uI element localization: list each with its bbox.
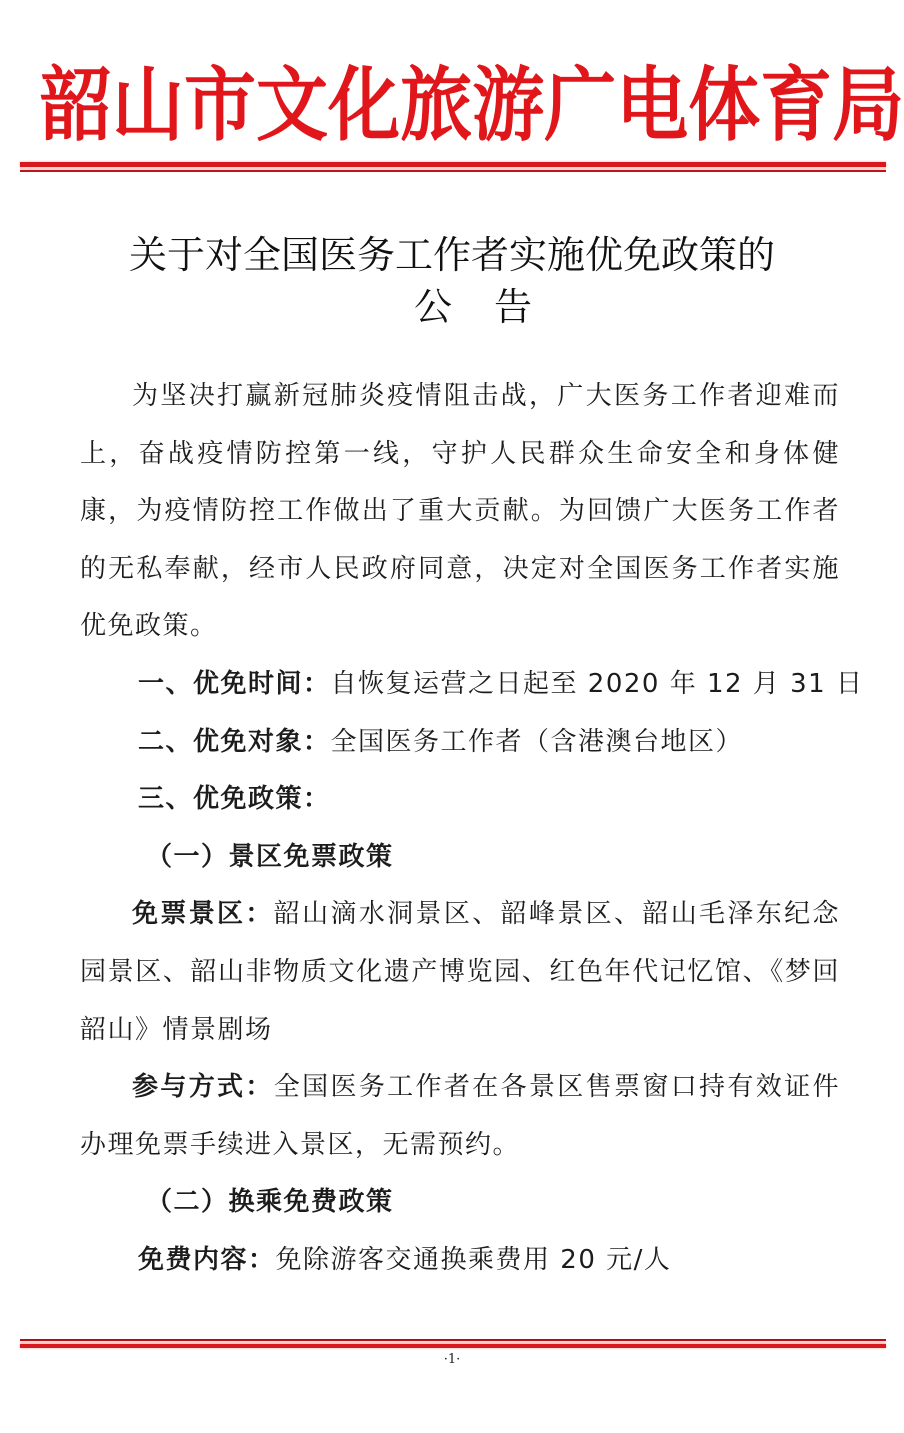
subsection-transfer-heading: （二）换乘免费政策 <box>80 1174 840 1232</box>
document-title-notice: 公告 <box>0 288 904 326</box>
section-policy: 三、优免政策： <box>80 771 840 829</box>
masthead-organization-name: 韶 山 市 文 化 旅 游 广 电 体 育 局 <box>40 60 870 150</box>
masthead-char: 游 <box>472 65 544 146</box>
masthead-char: 旅 <box>400 65 472 146</box>
document-title: 关于对全国医务工作者实施优免政策的 <box>0 236 904 274</box>
participation-paragraph: 参与方式：全国医务工作者在各景区售票窗口持有效证件办理免票手续进入景区，无需预约… <box>80 1059 840 1174</box>
free-content-line: 免费内容：免除游客交通换乘费用 20 元/人 <box>80 1232 840 1290</box>
section-target-label: 二、优免对象： <box>138 727 331 757</box>
masthead-char: 广 <box>544 65 616 146</box>
scenic-areas-label: 免票景区： <box>132 899 274 929</box>
section-time-label: 一、优免时间： <box>138 669 331 699</box>
masthead-char: 文 <box>256 65 328 146</box>
section-time-text: 自恢复运营之日起至 2020 年 12 月 31 日 <box>331 669 864 699</box>
page-number: ·1· <box>0 1352 904 1367</box>
masthead-char: 山 <box>112 65 184 146</box>
free-content-text: 免除游客交通换乘费用 20 元/人 <box>276 1245 672 1275</box>
header-red-rule <box>20 162 886 172</box>
footer-red-rule <box>20 1339 886 1348</box>
rule-thin-line <box>20 170 886 172</box>
masthead-char: 市 <box>184 65 256 146</box>
section-target-text: 全国医务工作者（含港澳台地区） <box>331 727 744 757</box>
masthead-char: 电 <box>616 65 688 146</box>
section-target: 二、优免对象：全国医务工作者（含港澳台地区） <box>80 714 840 772</box>
participation-label: 参与方式： <box>132 1072 274 1102</box>
document-body: 为坚决打赢新冠肺炎疫情阻击战，广大医务工作者迎难而上，奋战疫情防控第一线，守护人… <box>80 368 840 1290</box>
scenic-areas-paragraph: 免票景区：韶山滴水洞景区、韶峰景区、韶山毛泽东纪念园景区、韶山非物质文化遗产博览… <box>80 886 840 1059</box>
section-policy-label: 三、优免政策： <box>138 784 331 814</box>
masthead-char: 体 <box>688 65 760 146</box>
rule-thick-line <box>20 1344 886 1348</box>
masthead-char: 韶 <box>40 65 112 146</box>
section-time: 一、优免时间：自恢复运营之日起至 2020 年 12 月 31 日 <box>80 656 840 714</box>
masthead-char: 育 <box>760 65 832 146</box>
masthead-char: 化 <box>328 65 400 146</box>
intro-paragraph: 为坚决打赢新冠肺炎疫情阻击战，广大医务工作者迎难而上，奋战疫情防控第一线，守护人… <box>80 368 840 656</box>
free-content-label: 免费内容： <box>138 1245 276 1275</box>
subsection-ticket-heading: （一）景区免票政策 <box>80 829 840 887</box>
masthead-char: 局 <box>832 65 904 146</box>
